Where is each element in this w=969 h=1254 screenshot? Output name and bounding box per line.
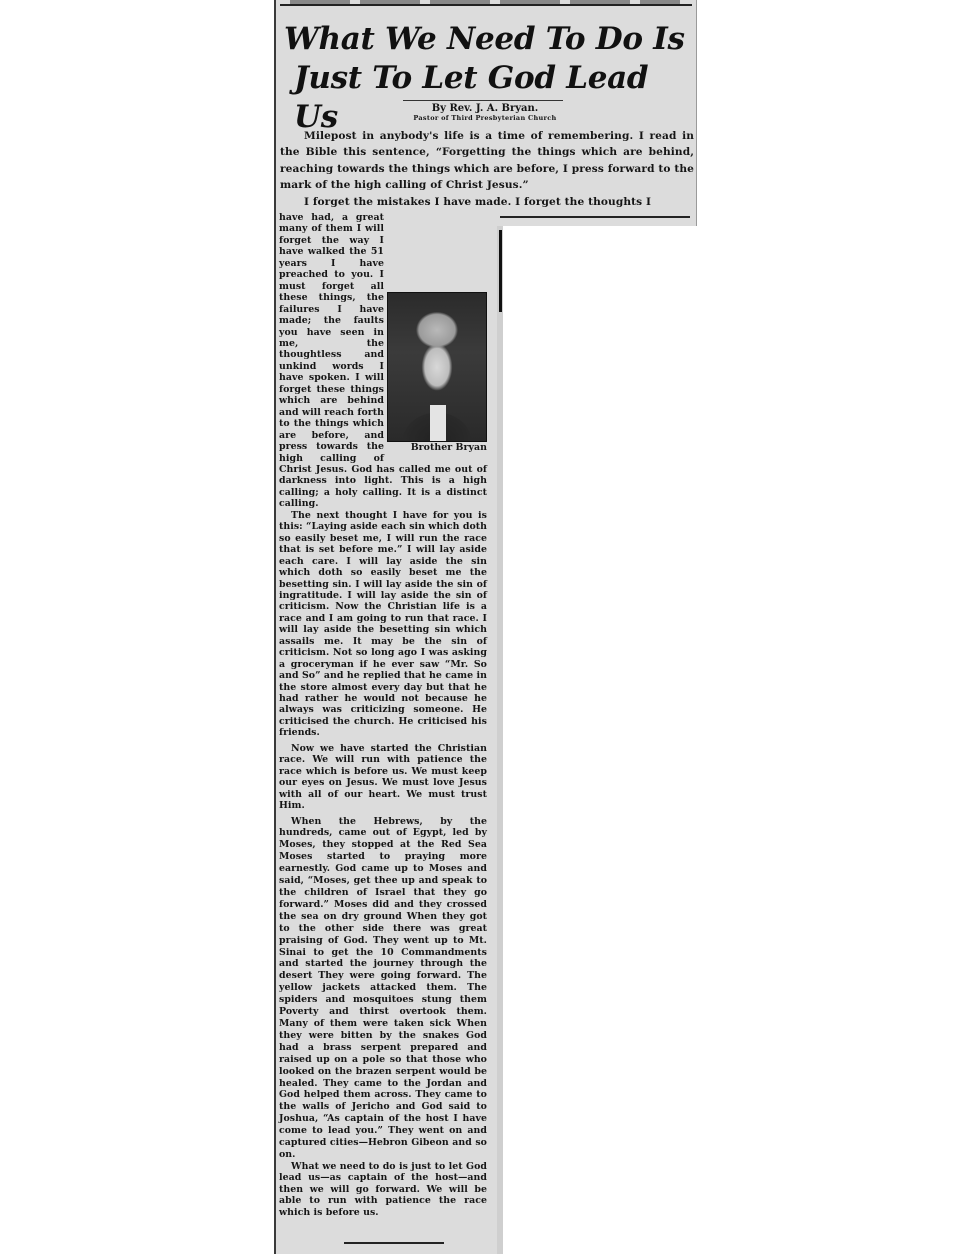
byline: By Rev. J. A. Bryan. <box>280 103 690 114</box>
adjacent-column-edge-left <box>266 226 274 1254</box>
author-photo-block: Brother Bryan <box>387 292 487 455</box>
paragraph-5: When the Hebrews, by the hundreds, came … <box>279 816 487 1161</box>
section-rule <box>500 216 690 218</box>
author-photo <box>387 292 487 442</box>
article-body: Brother Bryan have had, a great many of … <box>279 208 487 1218</box>
photo-caption: Brother Bryan <box>387 442 487 454</box>
byline-title: Pastor of Third Presbyterian Church <box>280 115 690 122</box>
paragraph-4: Now we have started the Christian race. … <box>279 743 487 812</box>
paragraph-3: The next thought I have for you is this:… <box>279 510 487 739</box>
top-rule <box>280 4 692 6</box>
paragraph-1: Milepost in anybody's life is a time of … <box>280 128 694 194</box>
photo-collar <box>430 405 446 441</box>
headline-line-1: What We Need To Do Is <box>284 21 685 57</box>
article-intro: Milepost in anybody's life is a time of … <box>280 128 694 210</box>
byline-rule <box>403 100 563 101</box>
paragraph-2-cont: Brother Bryan have had, a great many of … <box>279 212 487 510</box>
end-rule <box>344 1242 444 1244</box>
adjacent-column-edge-right <box>497 226 503 1254</box>
column-divider-bar <box>499 230 502 312</box>
paragraph-6: What we need to do is just to let God le… <box>279 1161 487 1218</box>
headline-line-2: Just To Let God Lead Us <box>284 59 694 137</box>
